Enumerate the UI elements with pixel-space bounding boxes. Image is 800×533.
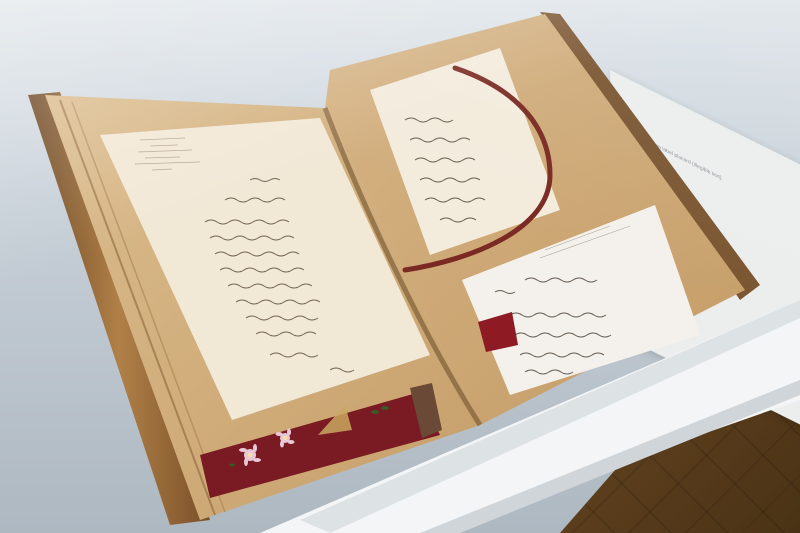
album-illustration [0, 0, 800, 533]
museum-display-scene: museum label placard (illegible text) [0, 0, 800, 533]
